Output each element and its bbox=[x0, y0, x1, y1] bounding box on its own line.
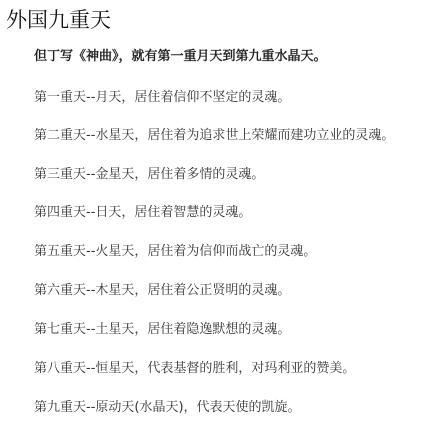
heaven-line-3: 第三重天--金星天，居住着多情的灵魂。 bbox=[34, 165, 264, 185]
heaven-line-6: 第六重天--木星天，居住着公正贤明的灵魂。 bbox=[34, 281, 290, 301]
intro-paragraph: 但丁写《神曲》，就有第一重月天到第九重水晶天。 bbox=[34, 47, 327, 67]
heaven-line-2: 第二重天--水星天，居住着为追求世上荣耀而建功立业的灵魂。 bbox=[34, 126, 394, 146]
heaven-line-9: 第九重天--原动天(水晶天)，代表天使的凯旋。 bbox=[34, 398, 301, 418]
heaven-line-1: 第一重天--月天，居住着信仰不坚定的灵魂。 bbox=[34, 88, 290, 108]
heaven-line-7: 第七重天--土星天，居住着隐逸默想的灵魂。 bbox=[34, 320, 290, 340]
heaven-line-5: 第五重天--火星天，居住着为信仰而战亡的灵魂。 bbox=[34, 242, 316, 262]
page-title: 外国九重天 bbox=[6, 6, 111, 34]
heaven-line-4: 第四重天--日天，居住着智慧的灵魂。 bbox=[34, 203, 251, 223]
heaven-line-8: 第八重天--恒星天，代表基督的胜利，对玛利亚的赞美。 bbox=[34, 359, 355, 379]
